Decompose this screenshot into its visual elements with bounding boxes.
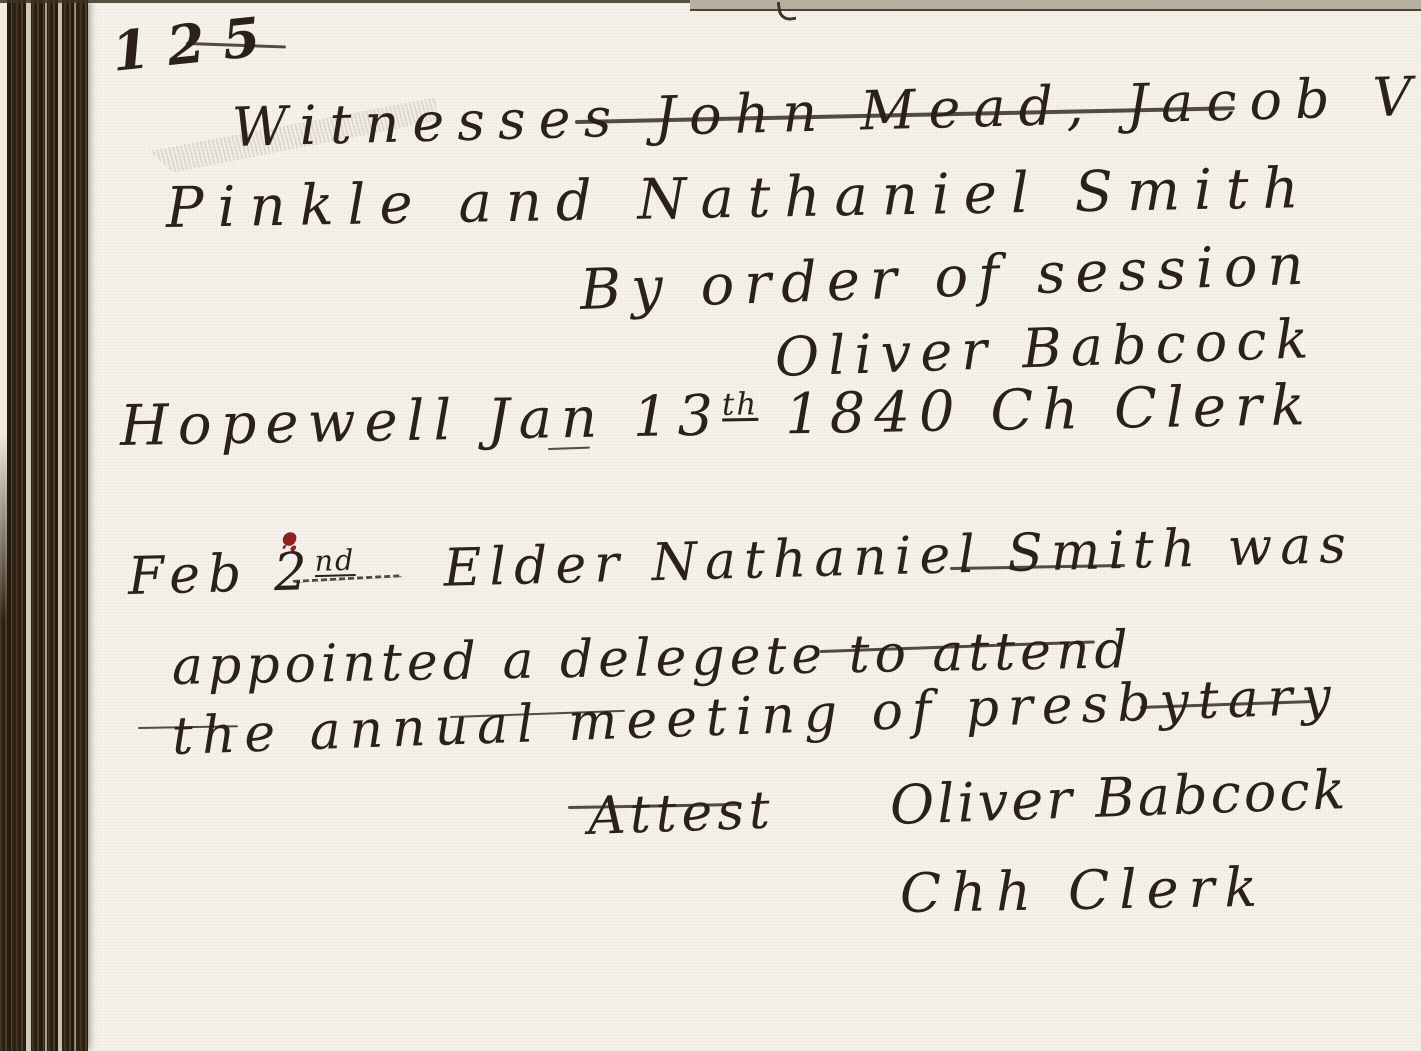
place-date-text: Hopewell Jan 13 [119,383,722,459]
elder-appointment-text: Elder Nathaniel Smith was [443,515,1355,599]
clerk-title: Chh Clerk [900,860,1268,923]
ink-dash-gap [356,586,444,588]
date-ordinal-superscript: th [722,386,759,423]
feb-ordinal-superscript: nd [314,543,356,578]
clerk-signature-2: Oliver Babcock [889,762,1349,835]
by-order-of-session-line: By order of session [579,236,1315,320]
scan-top-shadow-band [690,0,1421,11]
page-edge-sliver [0,0,7,620]
place-date-line: Hopewell Jan 13th 1840 Ch Clerk [119,377,1314,457]
book-binding-gutter [0,0,88,1051]
year-and-title-text: 1840 Ch Clerk [758,373,1314,448]
witnesses-line-1: Witnesses John Mead, Jacob V [231,69,1421,157]
february-entry-line: Feb 2ndElder Nathaniel Smith was [127,518,1354,605]
top-ink-curl-mark [777,0,797,22]
feb-date-text: Feb 2 [127,542,315,607]
scanned-record-page: 125 Witnesses John Mead, Jacob V Pinkle … [0,0,1421,1051]
witnesses-line-2: Pinkle and Nathaniel Smith [165,160,1313,239]
attest-label: Attest [587,783,776,844]
